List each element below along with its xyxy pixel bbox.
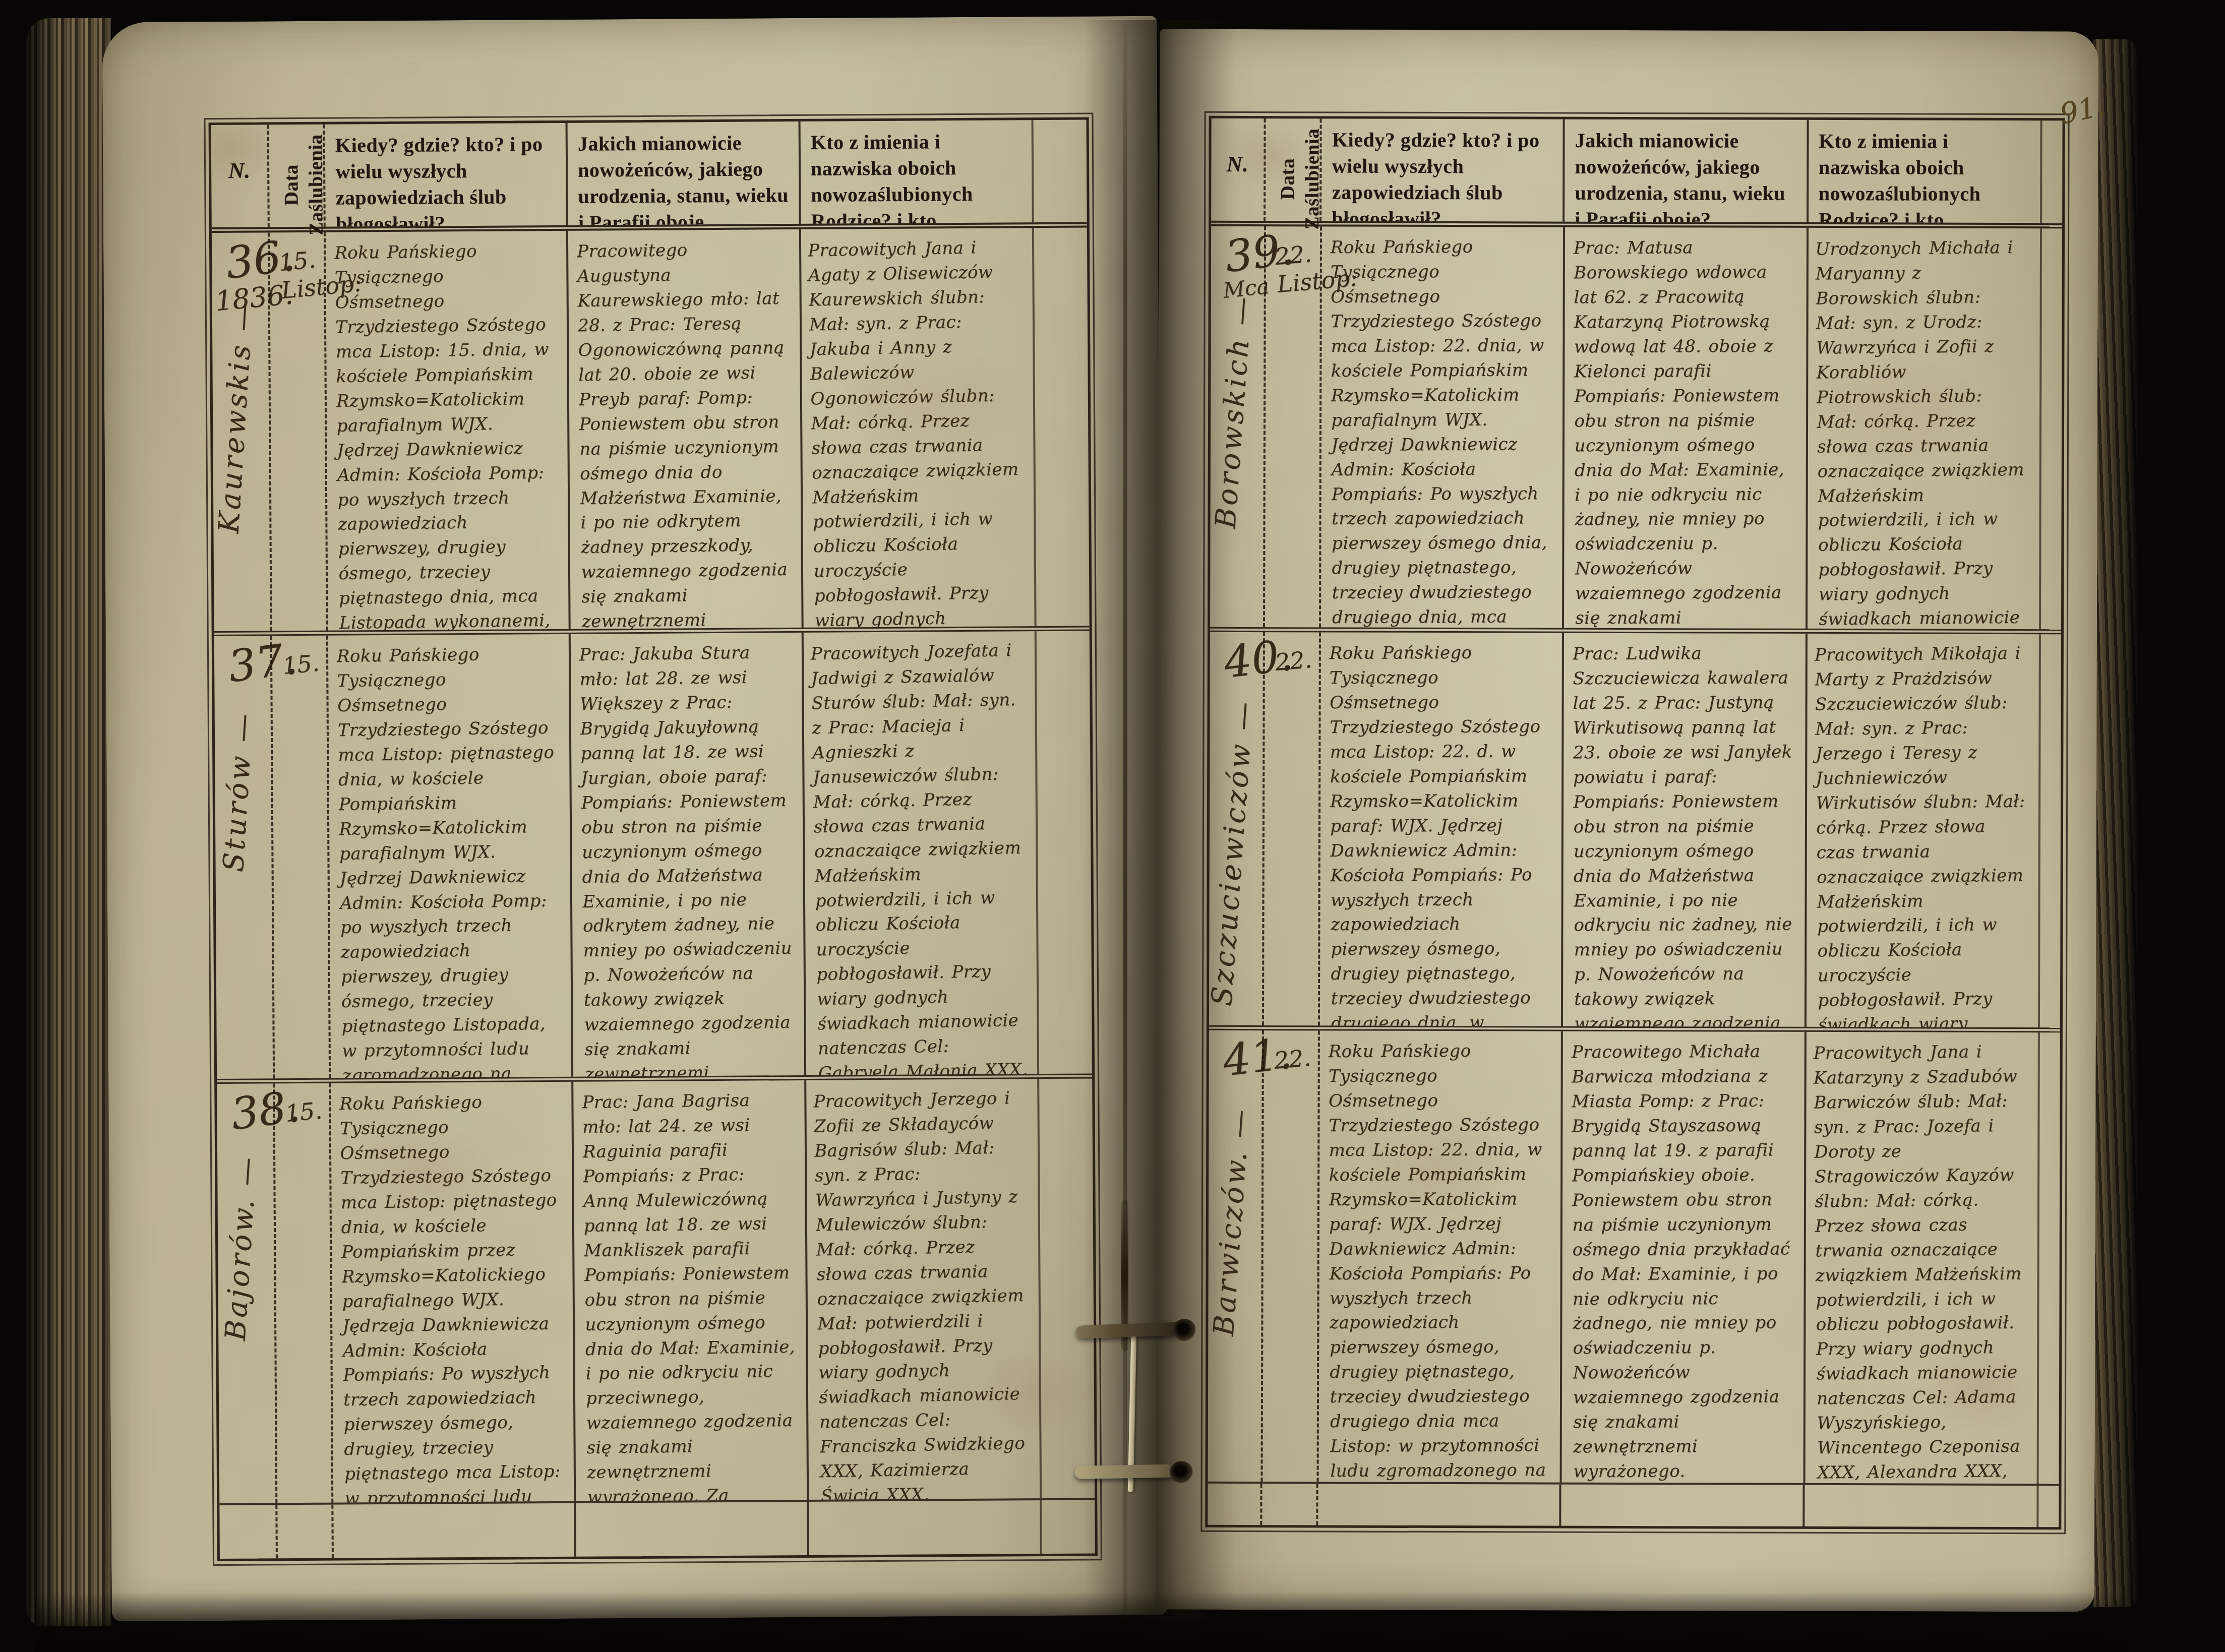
record-38-ceremony-cell: Roku Pańskiego Tysiącznego Ośmsetnego Tr… — [329, 1082, 574, 1503]
wedding-date: 15. Listop: — [277, 246, 316, 304]
book-page-block-edge-right — [2093, 39, 2138, 1607]
right-table-bottom-strip — [1208, 1482, 2059, 1527]
book-fore-edge-left — [26, 18, 111, 1626]
header-cell-newlyweds: Jakich mianowicie nowożeńców, jakiego ur… — [1562, 119, 1807, 222]
record-39-margin-cell — [2039, 228, 2062, 629]
record-38-newlyweds-cell: Prac: Jana Bagrisa mło: lat 24. ze wsi R… — [571, 1080, 807, 1501]
header-cell-n: N. — [211, 125, 268, 227]
margin-surname: Sturów — — [217, 710, 260, 873]
wedding-date: 15. — [281, 649, 318, 680]
col-header-date: Data Zaślubienia — [279, 135, 329, 236]
entry-number: 38. — [229, 1091, 266, 1136]
witnesses-text: Urodzonych Michała i Maryanny z Borowski… — [1815, 235, 2032, 630]
margin-surname: Kaurewskis — — [212, 300, 260, 534]
record-37-margin-cell — [1034, 631, 1092, 1074]
right-register-table: N. Data Zaślubienia Kiedy? gdzie? kto? i… — [1205, 116, 2065, 1529]
left-table-header-row: N. Data Zaślubienia Kiedy? gdzie? kto? i… — [211, 119, 1087, 233]
record-36-ceremony-cell: Roku Pańskiego Tysiącznego Ośmsetnego Tr… — [324, 231, 569, 631]
header-cell-witnesses: Kto z imienia i nazwiska oboich nowozaśl… — [798, 120, 1032, 224]
col-header-date: Data Zaślubienia — [1276, 129, 1325, 229]
col-header-ceremony: Kiedy? gdzie? kto? i po wielu wyszłych z… — [1332, 128, 1539, 221]
record-39-date-cell: 22. Listop: — [1263, 226, 1320, 627]
record-40: 40. Szczuciewiczów — 22. Roku Pańskiego … — [1209, 627, 2061, 1027]
wedding-date: 22. — [1274, 646, 1310, 677]
record-40-witnesses-cell: Pracowitych Mikołaja i Marty z Prażdzisó… — [1805, 634, 2039, 1027]
entry-number: 36. — [223, 240, 260, 285]
header-cell-margin — [1031, 119, 1087, 222]
left-table-bottom-strip — [219, 1498, 1095, 1559]
newlyweds-text: Prac: Jakuba Stura mło: lat 28. ze wsi W… — [579, 640, 796, 1077]
right-table-header-row: N. Data Zaślubienia Kiedy? gdzie? kto? i… — [1211, 118, 2063, 228]
record-41-witnesses-cell: Pracowitych Jana i Katarzyny z Szadubów … — [1803, 1032, 2038, 1484]
ceremony-text: Roku Pańskiego Tysiącznego Ośmsetnego Tr… — [1331, 234, 1553, 628]
record-38: 38. Bajorów. — 15. Roku Pańskiego Tysiąc… — [217, 1073, 1095, 1503]
col-header-newlyweds: Jakich mianowicie nowożeńców, jakiego ur… — [1575, 129, 1785, 222]
record-37-number-cell: 37. Sturów — — [214, 636, 273, 1079]
record-36-newlyweds-cell: Pracowitego Augustyna Kaurewskiego mło: … — [566, 229, 802, 629]
col-header-n: N. — [221, 156, 257, 186]
wedding-date: 22. — [1273, 1045, 1309, 1075]
record-39-ceremony-cell: Roku Pańskiego Tysiącznego Ośmsetnego Tr… — [1319, 226, 1563, 628]
col-header-newlyweds: Jakich mianowicie nowożeńców, jakiego ur… — [578, 132, 789, 225]
record-40-ceremony-cell: Roku Pańskiego Tysiącznego Ośmsetnego Tr… — [1318, 632, 1562, 1026]
witnesses-text: Pracowitych Jana i Katarzyny z Szadubów … — [1813, 1039, 2029, 1484]
witnesses-text: Pracowitych Jozefata i Jadwigi z Szawial… — [810, 638, 1031, 1075]
record-38-number-cell: 38. Bajorów. — — [217, 1083, 275, 1503]
entry-number: 37. — [226, 643, 263, 688]
newlyweds-text: Prac: Matusa Borowskiego wdowca lat 62. … — [1574, 235, 1797, 629]
record-39-newlyweds-cell: Prac: Matusa Borowskiego wdowca lat 62. … — [1562, 227, 1807, 629]
record-36-witnesses-cell: Pracowitych Jana i Agaty z Olisewiczów K… — [799, 228, 1035, 628]
margin-surname: Barwiczów. — — [1208, 1106, 1257, 1337]
record-38-witnesses-cell: Pracowitych Jerzego i Zofii ze Składaycó… — [804, 1079, 1040, 1500]
entry-number: 39. — [1223, 234, 1256, 278]
record-36-number-cell: 36. 1836. Kaurewskis — — [212, 232, 270, 631]
record-37-witnesses-cell: Pracowitych Jozefata i Jadwigi z Szawial… — [802, 631, 1037, 1075]
record-39: 39. Mca Borowskich — 22. Listop: Roku Pa… — [1210, 226, 2062, 629]
record-39-witnesses-cell: Urodzonych Michała i Maryanny z Borowski… — [1806, 228, 2040, 629]
entry-number: 40. — [1222, 640, 1255, 684]
record-37: 37. Sturów — 15. Roku Pańskiego Tysiączn… — [214, 626, 1092, 1079]
ceremony-text: Roku Pańskiego Tysiącznego Ośmsetnego Tr… — [337, 641, 563, 1078]
record-37-newlyweds-cell: Prac: Jakuba Stura mło: lat 28. ze wsi W… — [569, 633, 804, 1077]
witnesses-text: Pracowitych Jerzego i Zofii ze Składaycó… — [813, 1086, 1034, 1500]
header-cell-date: Data Zaślubienia — [267, 125, 324, 227]
record-38-margin-cell — [1037, 1078, 1095, 1498]
left-register-table: N. Data Zaślubienia Kiedy? gdzie? kto? i… — [209, 117, 1098, 1561]
record-37-ceremony-cell: Roku Pańskiego Tysiącznego Ośmsetnego Tr… — [326, 634, 571, 1078]
header-cell-date: Data Zaślubienia — [1264, 118, 1320, 221]
book-bottom-shadow — [35, 1592, 2128, 1652]
margin-surname: Bajorów. — — [219, 1154, 264, 1342]
ceremony-text: Roku Pańskiego Tysiącznego Ośmsetnego Tr… — [1330, 640, 1552, 1026]
ceremony-text: Roku Pańskiego Tysiącznego Ośmsetnego Tr… — [339, 1089, 566, 1502]
photo-canvas: N. Data Zaślubienia Kiedy? gdzie? kto? i… — [0, 0, 2225, 1652]
newlyweds-text: Prac: Ludwika Szczuciewicza kawalera lat… — [1573, 641, 1796, 1027]
record-41-number-cell: 41. Barwiczów. — — [1208, 1030, 1262, 1482]
wedding-date: 15. — [284, 1097, 320, 1128]
newlyweds-text: Pracowitego Augustyna Kaurewskiego mło: … — [577, 237, 793, 629]
col-header-n: N. — [1221, 150, 1253, 178]
margin-surname: Borowskich — — [1209, 293, 1258, 530]
header-cell-ceremony: Kiedy? gdzie? kto? i po wielu wyszłych z… — [1320, 118, 1563, 221]
ceremony-text: Roku Pańskiego Tysiącznego Ośmsetnego Tr… — [1329, 1038, 1551, 1483]
record-40-margin-cell — [2038, 634, 2061, 1027]
newlyweds-text: Prac: Jana Bagrisa mło: lat 24. ze wsi R… — [582, 1088, 798, 1501]
right-page: N. Data Zaślubienia Kiedy? gdzie? kto? i… — [1156, 29, 2098, 1612]
header-cell-n: N. — [1211, 118, 1264, 221]
record-38-date-cell: 15. — [273, 1083, 331, 1503]
record-41: 41. Barwiczów. — 22. Roku Pańskiego Tysi… — [1208, 1025, 2060, 1484]
witnesses-text: Pracowitych Mikołaja i Marty z Prażdzisó… — [1814, 641, 2030, 1028]
record-41-margin-cell — [2037, 1032, 2060, 1484]
record-39-number-cell: 39. Mca Borowskich — — [1210, 226, 1264, 627]
record-41-ceremony-cell: Roku Pańskiego Tysiącznego Ośmsetnego Tr… — [1317, 1030, 1561, 1482]
header-cell-ceremony: Kiedy? gdzie? kto? i po wielu wyszłych z… — [323, 123, 566, 227]
header-cell-newlyweds: Jakich mianowicie nowożeńców, jakiego ur… — [566, 121, 799, 225]
col-header-witnesses: Kto z imienia i nazwiska oboich nowozaśl… — [810, 130, 973, 224]
record-40-date-cell: 22. — [1262, 632, 1319, 1025]
ceremony-text: Roku Pańskiego Tysiącznego Ośmsetnego Tr… — [334, 238, 560, 630]
header-cell-margin — [2040, 120, 2063, 223]
record-36-margin-cell — [1032, 227, 1089, 626]
wedding-date: 22. Listop: — [1274, 240, 1312, 299]
col-header-ceremony: Kiedy? gdzie? kto? i po wielu wyszłych z… — [335, 133, 543, 227]
record-40-number-cell: 40. Szczuciewiczów — — [1209, 632, 1263, 1025]
record-36: 36. 1836. Kaurewskis — 15. Listop: Roku … — [212, 227, 1090, 631]
record-40-newlyweds-cell: Prac: Ludwika Szczuciewicza kawalera lat… — [1561, 633, 1806, 1027]
margin-surname: Szczuciewiczów — — [1206, 698, 1260, 1007]
record-36-date-cell: 15. Listop: — [268, 232, 326, 631]
newlyweds-text: Pracowitego Michała Barwicza młodziana z… — [1571, 1039, 1794, 1483]
witnesses-text: Pracowitych Jana i Agaty z Olisewiczów K… — [808, 235, 1029, 628]
col-header-witnesses: Kto z imienia i nazwiska oboich nowozaśl… — [1818, 130, 1980, 223]
record-41-newlyweds-cell: Pracowitego Michała Barwicza młodziana z… — [1559, 1031, 1805, 1483]
header-cell-witnesses: Kto z imienia i nazwiska oboich nowozaśl… — [1807, 120, 2040, 223]
entry-number: 41. — [1221, 1038, 1254, 1082]
record-37-date-cell: 15. — [270, 636, 329, 1079]
record-41-date-cell: 22. — [1260, 1030, 1318, 1482]
left-page: N. Data Zaślubienia Kiedy? gdzie? kto? i… — [102, 16, 1166, 1622]
